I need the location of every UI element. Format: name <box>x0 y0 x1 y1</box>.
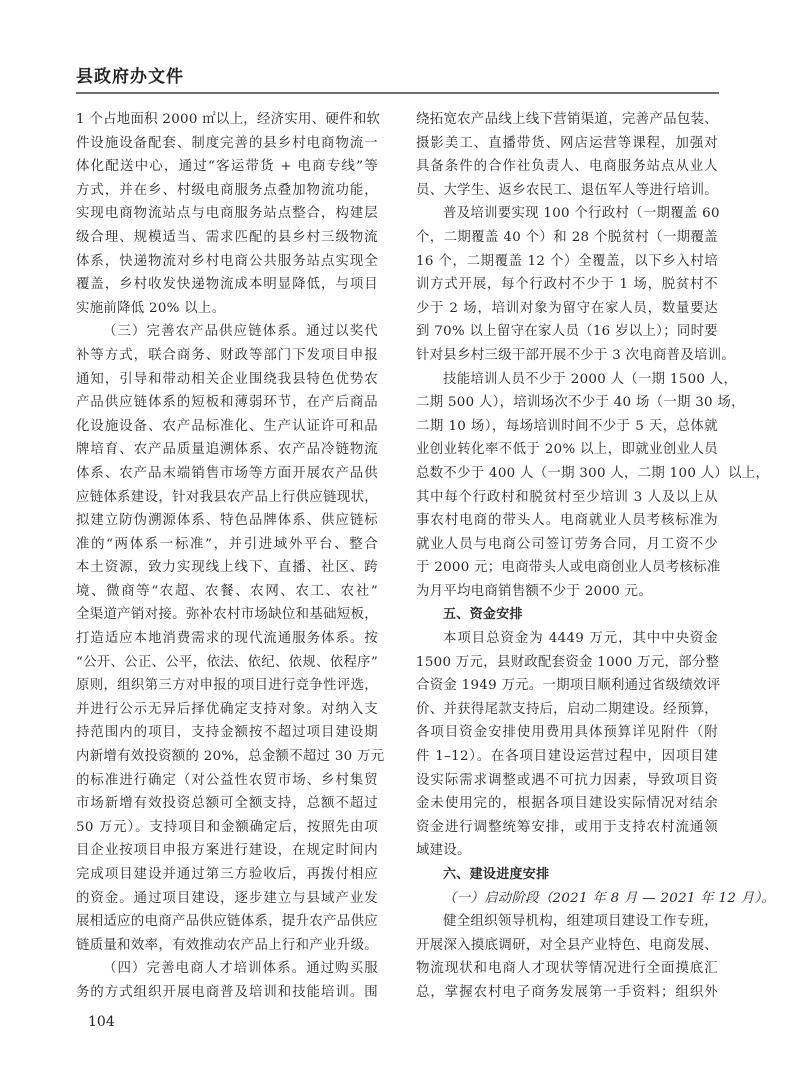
text-line: 件设施设备配套、制度完善的县乡村电商物流一 <box>76 132 378 156</box>
text-line: 原则，组织第三方对申报的项目进行竞争性评选， <box>76 674 378 698</box>
text-line: 的标准进行确定（对公益性农贸市场、乡村集贸 <box>76 769 378 793</box>
text-line: 本土资源，致力实现线上线下、直播、社区、跨 <box>76 556 378 580</box>
text-line: 到 70% 以上留守在家人员（16 岁以上）；同时要 <box>416 320 718 344</box>
text-line: 域建设。 <box>416 839 718 863</box>
text-line: 二期 500 人），培训场次不少于 40 场（一期 30 场， <box>416 391 718 415</box>
text-line: 务的方式组织开展电商普及培训和技能培训。围 <box>76 981 378 1005</box>
text-line: 补等方式，联合商务、财政等部门下发项目申报 <box>76 344 378 368</box>
text-line: 二期 10 场），每场培训时间不少于 5 天，总体就 <box>416 415 718 439</box>
text-line: 体系，快递物流对乡村电商公共服务站点实现全 <box>76 250 378 274</box>
text-line: 本项目总资金为 4449 万元，其中中央资金 <box>416 627 718 651</box>
text-line: 训方式开展，每个行政村不少于 1 场，脱贫村不 <box>416 273 718 297</box>
text-line: 1 个占地面积 2000 ㎡以上，经济实用、硬件和软 <box>76 108 378 132</box>
text-line: 具备条件的合作社负责人、电商服务站点从业人 <box>416 155 718 179</box>
text-line: 完成项目建设并通过第三方验收后，再拨付相应 <box>76 863 378 887</box>
text-line: 业创业转化率不低于 20% 以上，即就业创业人员 <box>416 438 718 462</box>
text-line: 展相适应的电商产品供应链体系，提升农产品供应 <box>76 910 378 934</box>
text-line: 方式，并在乡、村级电商服务点叠加物流功能， <box>76 179 378 203</box>
text-line: 打造适应本地消费需求的现代流通服务体系。按 <box>76 627 378 651</box>
text-line: 拟建立防伪溯源体系、特色品牌体系、供应链标 <box>76 509 378 533</box>
text-line: 全渠道产销对接。弥补农村市场缺位和基础短板， <box>76 603 378 627</box>
header-rule <box>76 92 719 94</box>
text-line: 摄影美工、直播带货、网店运营等课程，加强对 <box>416 132 718 156</box>
text-line: 各项目资金安排使用费用具体预算详见附件（附 <box>416 721 718 745</box>
text-line: 50 万元）。支持项目和金额确定后，按照先由项 <box>76 816 378 840</box>
page-number: 104 <box>88 1014 115 1030</box>
text-line: 普及培训要实现 100 个行政村（一期覆盖 60 <box>416 202 718 226</box>
text-line: 实现电商物流站点与电商服务站点整合，构建层 <box>76 202 378 226</box>
text-line: 绕拓宽农产品线上线下营销渠道，完善产品包装、 <box>416 108 718 132</box>
text-line: （三）完善农产品供应链体系。通过以奖代 <box>76 320 378 344</box>
text-line: 目企业按项目申报方案进行建设，在规定时间内 <box>76 839 378 863</box>
text-line: 其中每个行政村和脱贫村至少培训 3 人及以上从 <box>416 486 718 510</box>
text-line: 16 个，二期覆盖 12 个）全覆盖，以下乡入村培 <box>416 250 718 274</box>
text-line: 健全组织领导机构，组建项目建设工作专班， <box>416 910 718 934</box>
text-line: 设实际需求调整或遇不可抗力因素，导致项目资 <box>416 769 718 793</box>
text-line: （四）完善电商人才培训体系。通过购买服 <box>76 957 378 981</box>
text-line: 总数不少于 400 人（一期 300 人，二期 100 人）以上， <box>416 462 718 486</box>
text-line: 个，二期覆盖 40 个）和 28 个脱贫村（一期覆盖 <box>416 226 718 250</box>
text-line: 内新增有效投资额的 20%，总金额不超过 30 万元 <box>76 745 378 769</box>
text-line: 价、并获得尾款支持后，启动二期建设。经预算， <box>416 698 718 722</box>
text-line: 产品供应链体系的短板和薄弱环节，在产后商品 <box>76 391 378 415</box>
text-line: 市场新增有效投资总额可全额支持，总额不超过 <box>76 792 378 816</box>
text-line: 少于 2 场，培训对象为留守在家人员，数量要达 <box>416 297 718 321</box>
text-line: 牌培育、农产品质量追溯体系、农产品冷链物流 <box>76 438 378 462</box>
text-line: 持范围内的项目，支持金额按不超过项目建设期 <box>76 721 378 745</box>
text-line: 级合理、规模适当、需求匹配的县乡村三级物流 <box>76 226 378 250</box>
text-line: 并进行公示无异后择优确定支持对象。对纳入支 <box>76 698 378 722</box>
text-line: 境、微商等“农超、农餐、农网、农工、农社” <box>76 580 378 604</box>
text-line: 针对县乡村三级干部开展不少于 3 次电商普及培训。 <box>416 344 718 368</box>
text-line: 金未使用完的，根据各项目建设实际情况对结余 <box>416 792 718 816</box>
text-line: 覆盖，乡村收发快递物流成本明显降低，与项目 <box>76 273 378 297</box>
text-line: 开展深入摸底调研，对全县产业特色、电商发展、 <box>416 934 718 958</box>
text-line: “公开、公正、公平，依法、依纪、依规、依程序” <box>76 651 378 675</box>
text-line: 化设施设备、农产品标准化、生产认证许可和品 <box>76 415 378 439</box>
text-line: 资金进行调整统筹安排，或用于支持农村流通领 <box>416 816 718 840</box>
right-column: 绕拓宽农产品线上线下营销渠道，完善产品包装、摄影美工、直播带货、网店运营等课程，… <box>416 108 718 1005</box>
section-heading: 五、资金安排 <box>416 603 718 627</box>
text-line: 就业人员与电商公司签订劳务合同，月工资不少 <box>416 533 718 557</box>
text-line: 通知，引导和带动相关企业围绕我县特色优势农 <box>76 368 378 392</box>
text-line: 物流现状和电商人才现状等情况进行全面摸底汇 <box>416 957 718 981</box>
text-line: （一）启动阶段（2021 年 8 月 — 2021 年 12 月）。 <box>416 887 718 911</box>
text-line: 员、大学生、返乡农民工、退伍军人等进行培训。 <box>416 179 718 203</box>
text-line: 实施前降低 20% 以上。 <box>76 297 378 321</box>
text-line: 技能培训人员不少于 2000 人（一期 1500 人， <box>416 368 718 392</box>
text-line: 体化配送中心，通过“客运带货 + 电商专线”等 <box>76 155 378 179</box>
text-line: 总，掌握农村电子商务发展第一手资料；组织外 <box>416 981 718 1005</box>
text-line: 于 2000 元；电商带头人或电商创业人员考核标准 <box>416 556 718 580</box>
text-line: 为月平均电商销售额不少于 2000 元。 <box>416 580 718 604</box>
text-line: 的资金。通过项目建设，逐步建立与县域产业发 <box>76 887 378 911</box>
running-header-title: 县政府办文件 <box>76 62 184 87</box>
text-line: 合资金 1949 万元。一期项目顺利通过省级绩效评 <box>416 674 718 698</box>
text-line: 件 1–12）。在各项目建设运营过程中，因项目建 <box>416 745 718 769</box>
text-line: 应链体系建设，针对我县农产品上行供应链现状， <box>76 486 378 510</box>
section-heading: 六、建设进度安排 <box>416 863 718 887</box>
left-column: 1 个占地面积 2000 ㎡以上，经济实用、硬件和软件设施设备配套、制度完善的县… <box>76 108 378 1005</box>
text-line: 事农村电商的带头人。电商就业人员考核标准为 <box>416 509 718 533</box>
text-line: 准的“两体系一标准”，并引进域外平台、整合 <box>76 533 378 557</box>
text-line: 体系、农产品末端销售市场等方面开展农产品供 <box>76 462 378 486</box>
text-line: 链质量和效率，有效推动农产品上行和产业升级。 <box>76 934 378 958</box>
text-line: 1500 万元，县财政配套资金 1000 万元，部分整 <box>416 651 718 675</box>
